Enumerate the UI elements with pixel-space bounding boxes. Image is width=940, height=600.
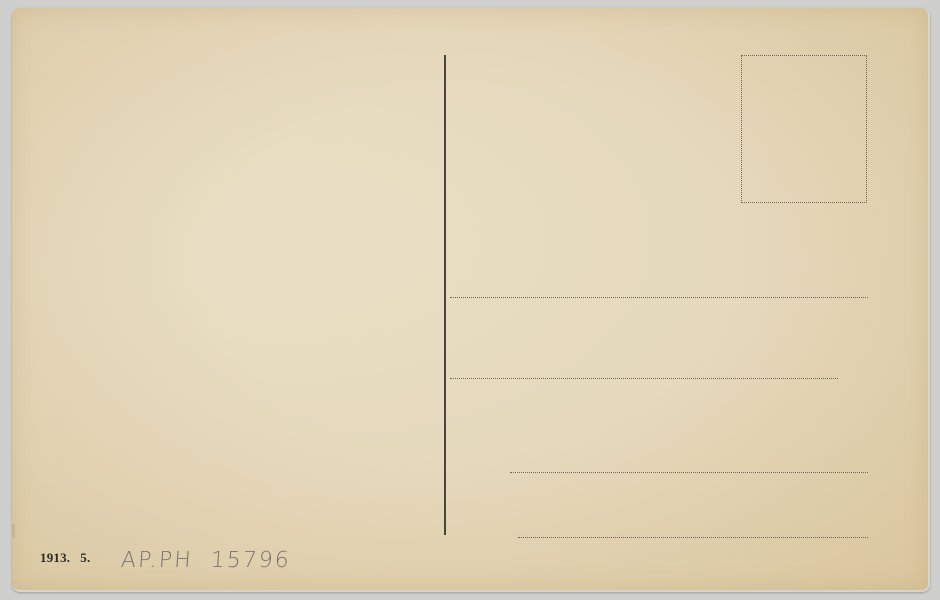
inventory-number: 15796 xyxy=(210,548,292,573)
address-line-1 xyxy=(450,297,868,298)
print-number: 5. xyxy=(80,550,90,565)
address-line-3 xyxy=(510,472,868,473)
printed-publisher-code: 1913.5. xyxy=(40,550,100,566)
paper-chip xyxy=(12,524,15,538)
inventory-prefix: AP.PH xyxy=(120,548,193,573)
center-divider-line xyxy=(444,55,446,535)
postcard-back: 1913.5. AP.PH15796 xyxy=(12,8,930,592)
handwritten-inventory-number: AP.PH15796 xyxy=(120,548,291,573)
stamp-placeholder-box xyxy=(741,55,867,203)
print-year: 1913. xyxy=(40,550,70,565)
address-line-4 xyxy=(518,537,868,538)
address-line-2 xyxy=(450,378,838,379)
